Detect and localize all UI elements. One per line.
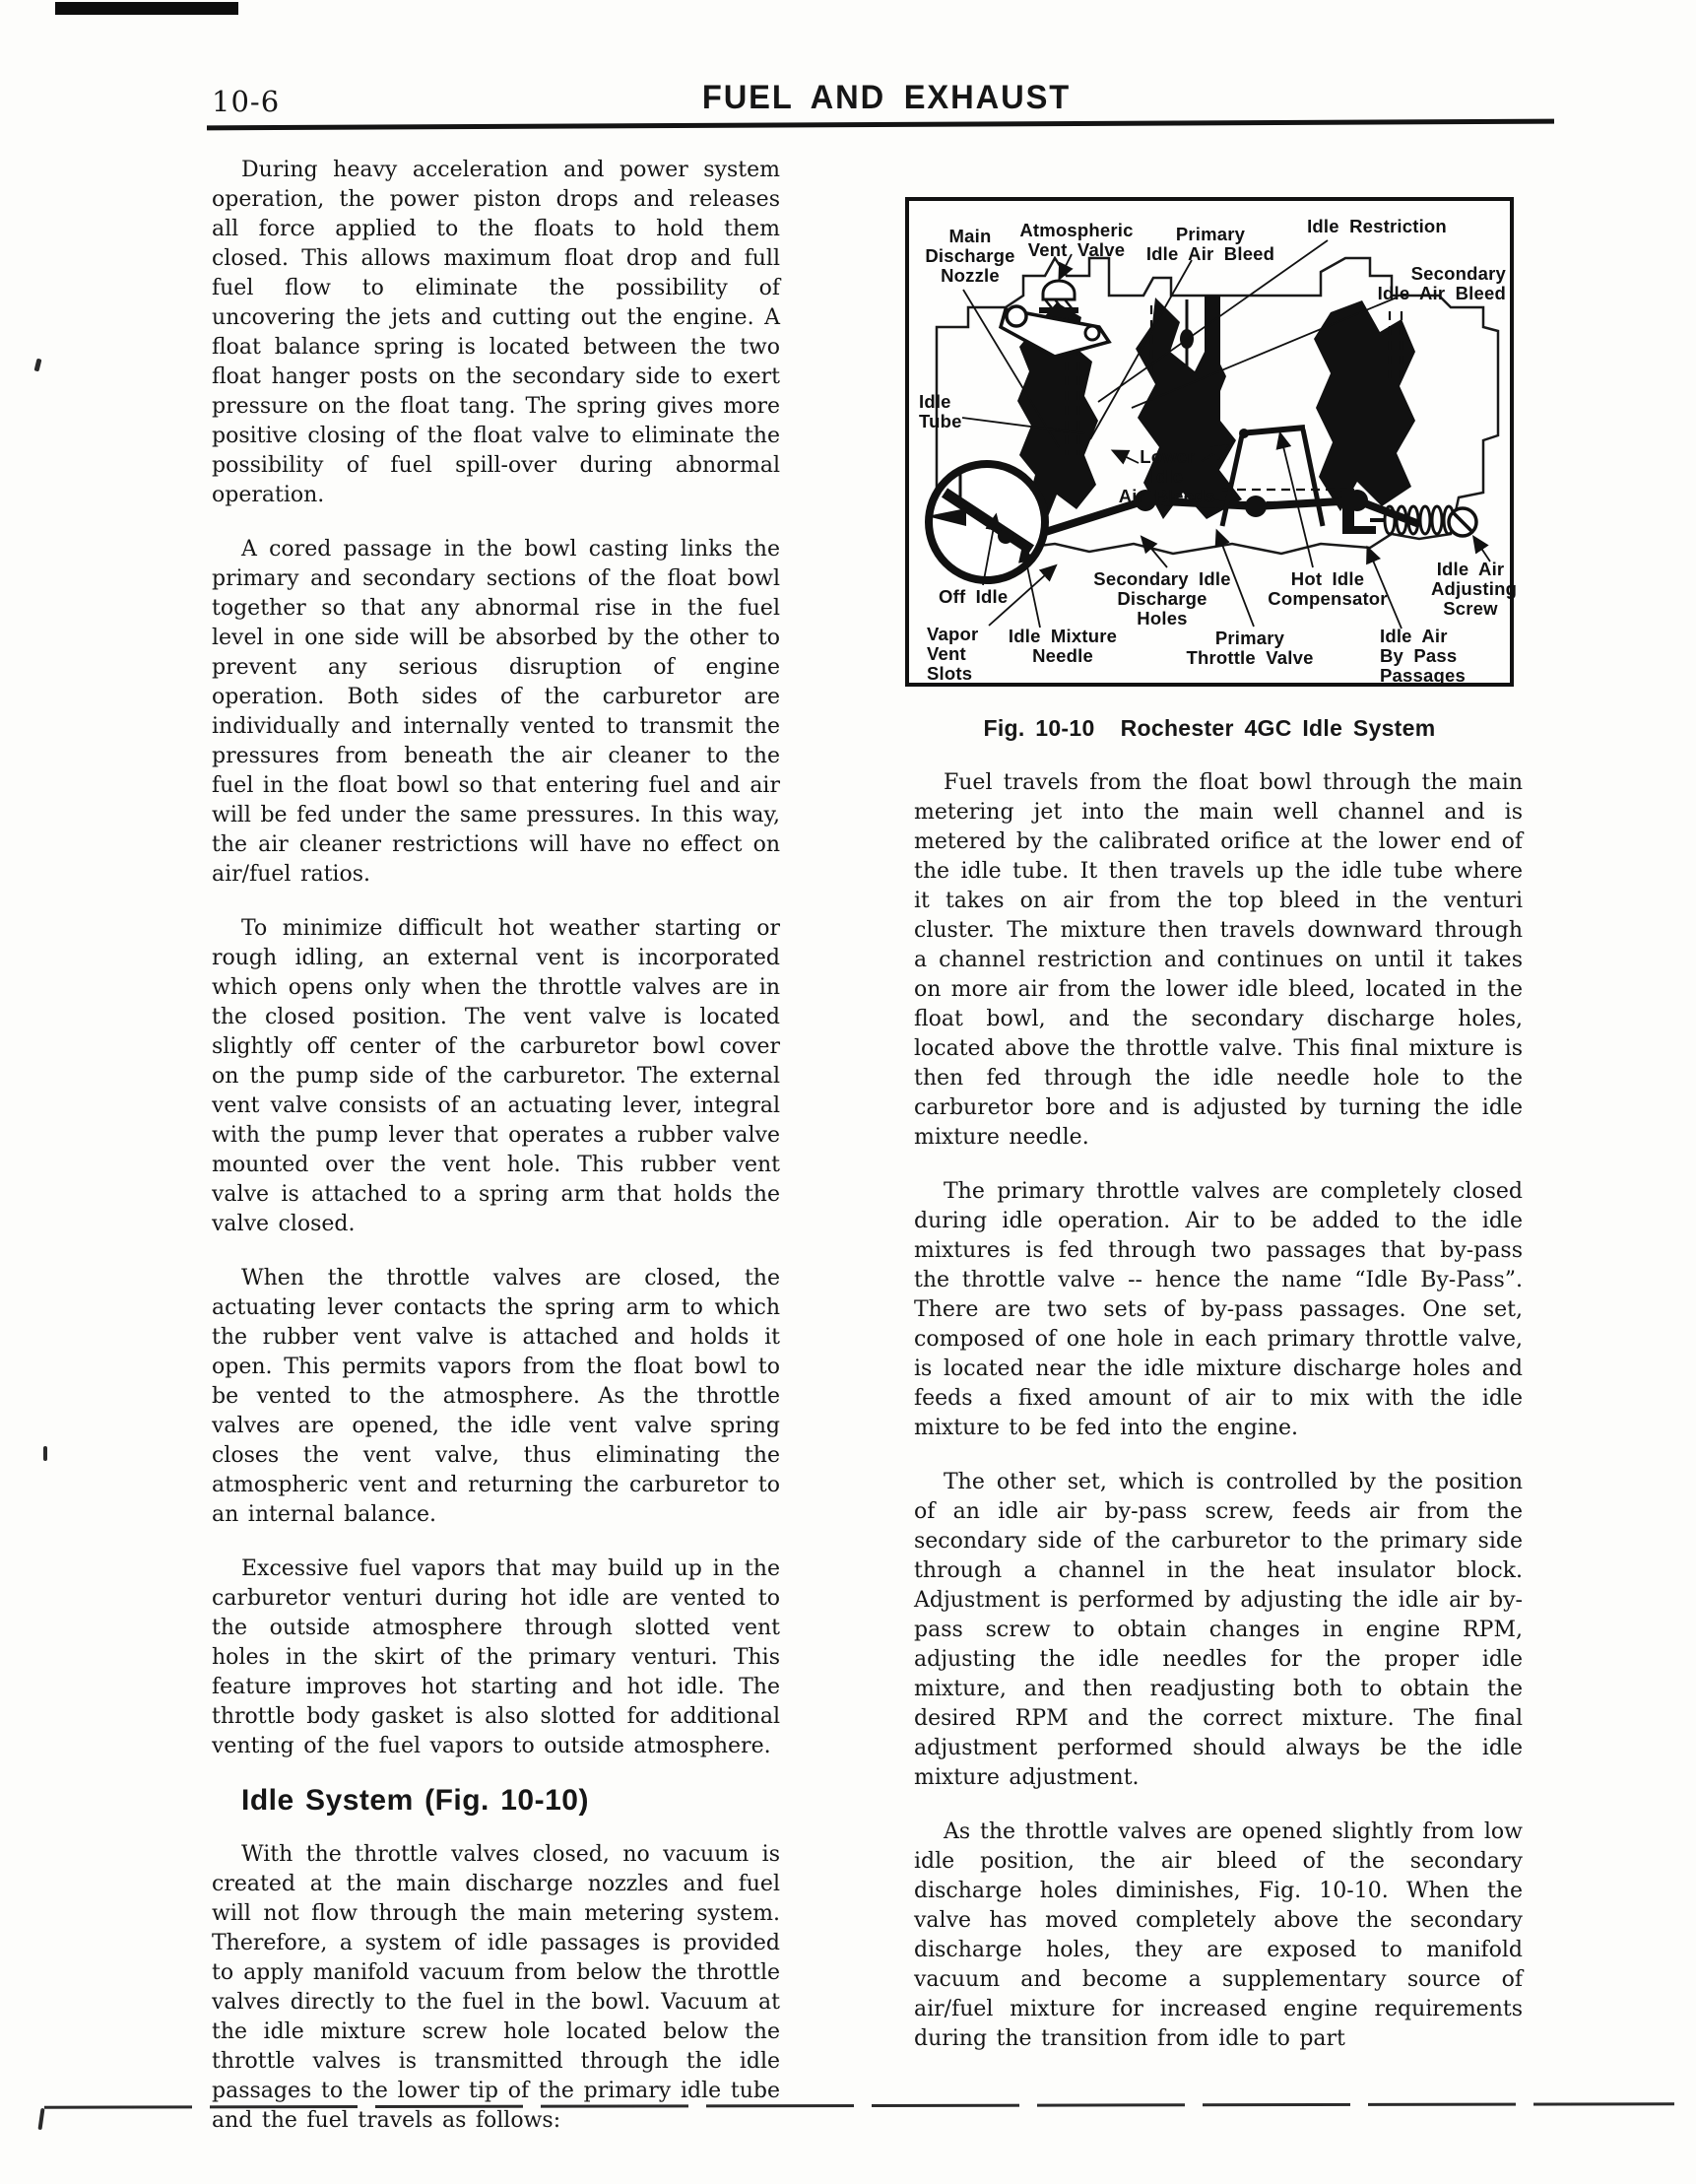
scan-artifact-mark <box>37 2108 44 2130</box>
figure-label-atmospheric-vent-valve: Atmospheric Vent Valve <box>1019 221 1134 260</box>
manual-page: 10-6 FUEL AND EXHAUST During heavy accel… <box>0 0 1696 2184</box>
figure-label-idle-tube: Idle Tube <box>919 392 988 431</box>
figure-label-idle-air-by-pass-passages: Idle Air By Pass Passages <box>1380 627 1468 686</box>
section-heading: Idle System (Fig. 10-10) <box>212 1786 780 1816</box>
body-paragraph: As the throttle valves are opened slight… <box>914 1818 1523 2054</box>
body-paragraph: During heavy acceleration and power syst… <box>212 156 780 510</box>
figure-label-vapor-vent-slots: Vapor Vent Slots <box>927 625 996 684</box>
figure-label-idle-restriction: Idle Restriction <box>1303 217 1451 236</box>
figure-label-idle-air-adjusting-screw: Idle Air Adjusting Screw <box>1431 560 1510 619</box>
body-paragraph: When the throttle valves are closed, the… <box>212 1264 780 1530</box>
figure-label-hot-idle-compensator: Hot Idle Compensator <box>1268 569 1388 609</box>
figure-label-primary-idle-air-bleed: Primary Idle Air Bleed <box>1142 225 1279 264</box>
figure-caption-number: Fig. 10-10 <box>983 715 1094 741</box>
figure-idle-system: Main Discharge Nozzle Atmospheric Vent V… <box>905 197 1514 687</box>
figure-caption-title: Rochester 4GC Idle System <box>1121 715 1436 741</box>
figure-label-secondary-idle-air-bleed: Secondary Idle Air Bleed <box>1362 264 1506 303</box>
header-rule <box>207 119 1554 131</box>
page-number: 10-6 <box>212 85 280 118</box>
body-paragraph: The primary throttle valves are complete… <box>914 1177 1523 1443</box>
figure-label-main-discharge-nozzle: Main Discharge Nozzle <box>923 227 1017 286</box>
body-paragraph: The other set, which is controlled by th… <box>914 1468 1523 1793</box>
body-paragraph: A cored passage in the bowl casting link… <box>212 535 780 890</box>
body-paragraph: With the throttle valves closed, no vacu… <box>212 1840 780 2136</box>
right-column: Fuel travels from the float bowl through… <box>914 768 1523 2079</box>
figure-label-idle-mixture-needle: Idle Mixture Needle <box>1006 627 1120 666</box>
figure-label-secondary-idle-discharge-holes: Secondary Idle Discharge Holes <box>1088 569 1236 629</box>
scan-artifact-mark <box>34 359 42 372</box>
body-paragraph: Fuel travels from the float bowl through… <box>914 768 1523 1153</box>
page-title: FUEL AND EXHAUST <box>660 79 1114 117</box>
body-paragraph: Excessive fuel vapors that may build up … <box>212 1555 780 1761</box>
scan-artifact-top-bar <box>55 2 238 15</box>
figure-caption: Fig. 10-10Rochester 4GC Idle System <box>905 715 1514 742</box>
figure-label-lower-idle-air-bleeds: Lower Idle Air Bleeds <box>1118 447 1216 506</box>
left-column: During heavy acceleration and power syst… <box>212 156 780 2160</box>
figure-label-off-idle: Off Idle <box>939 587 1027 607</box>
figure-label-primary-throttle-valve: Primary Throttle Valve <box>1183 629 1317 668</box>
scan-artifact-mark <box>43 1446 47 1461</box>
body-paragraph: To minimize difficult hot weather starti… <box>212 914 780 1239</box>
